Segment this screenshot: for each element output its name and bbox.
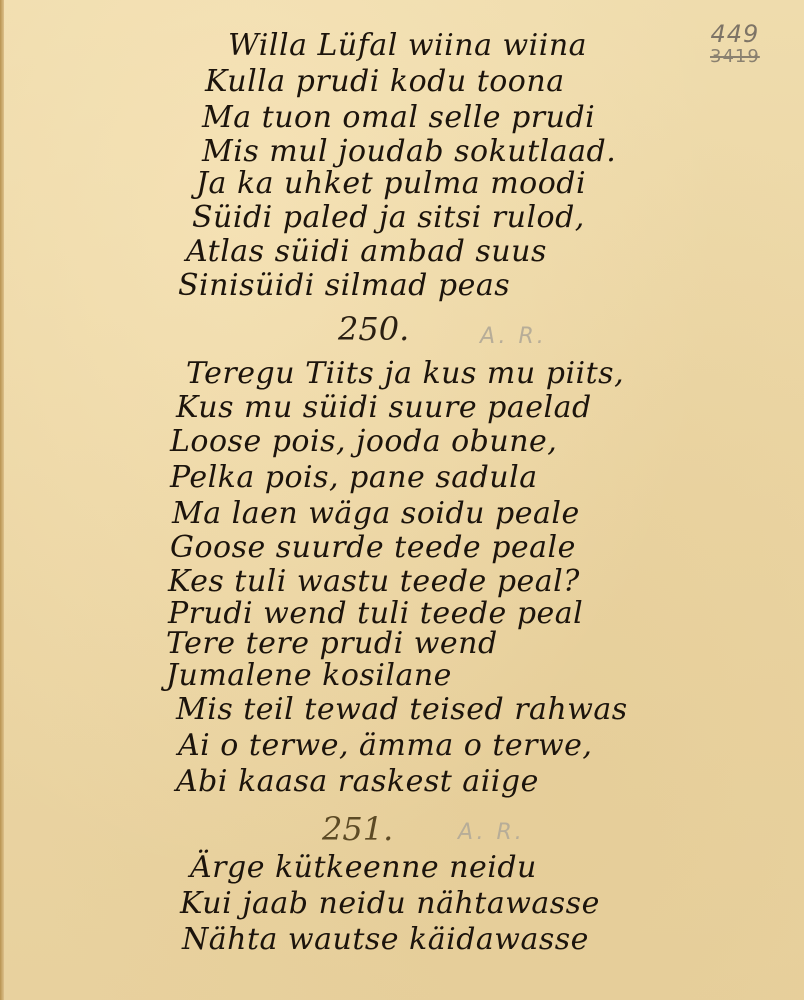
- song-number: 250.: [338, 310, 409, 348]
- verse-line: Kui jaab neidu nähtawasse: [180, 886, 600, 921]
- folio-number: 449 3419: [710, 22, 760, 66]
- verse-line: Mis mul joudab sokutlaad.: [202, 134, 616, 169]
- verse-line: Pelka pois, pane sadula: [170, 460, 538, 495]
- verse-line: Willa Lüfal wiina wiina: [228, 28, 587, 63]
- binding-edge: [0, 0, 4, 1000]
- verse-line: Ma laen wäga soidu peale: [172, 496, 580, 531]
- verse-line: Jumalene kosilane: [166, 658, 452, 693]
- collector-initials: A. R.: [480, 324, 547, 349]
- verse-line: Ma tuon omal selle prudi: [202, 100, 595, 135]
- verse-line: Ai o terwe, ämma o terwe,: [178, 728, 592, 763]
- verse-line: Kulla prudi kodu toona: [205, 64, 565, 99]
- manuscript-page: 449 3419 Willa Lüfal wiina wiina Kulla p…: [0, 0, 804, 1000]
- verse-line: Tere tere prudi wend: [166, 626, 498, 661]
- verse-line: Sinisüidi silmad peas: [178, 268, 510, 303]
- verse-line: Mis teil tewad teised rahwas: [176, 692, 628, 727]
- song-number: 251.: [322, 810, 393, 848]
- verse-line: Süidi paled ja sitsi rulod,: [192, 200, 585, 235]
- verse-line: Ärge kütkeenne neidu: [190, 850, 537, 885]
- verse-line: Goose suurde teede peale: [170, 530, 576, 565]
- verse-line: Atlas süidi ambad suus: [186, 234, 547, 269]
- collector-initials: A. R.: [458, 820, 525, 845]
- verse-line: Abi kaasa raskest aiige: [176, 764, 539, 799]
- folio-struck-out: 3419: [710, 48, 760, 66]
- verse-line: Loose pois, jooda obune,: [170, 424, 557, 459]
- verse-line: Teregu Tiits ja kus mu piits,: [186, 356, 624, 391]
- verse-line: Ja ka uhket pulma moodi: [196, 166, 586, 201]
- verse-line: Kus mu süidi suure paelad: [176, 390, 592, 425]
- verse-line: Kes tuli wastu teede peal?: [168, 564, 580, 599]
- verse-line: Nähta wautse käidawasse: [182, 922, 589, 957]
- folio-current: 449: [710, 22, 760, 46]
